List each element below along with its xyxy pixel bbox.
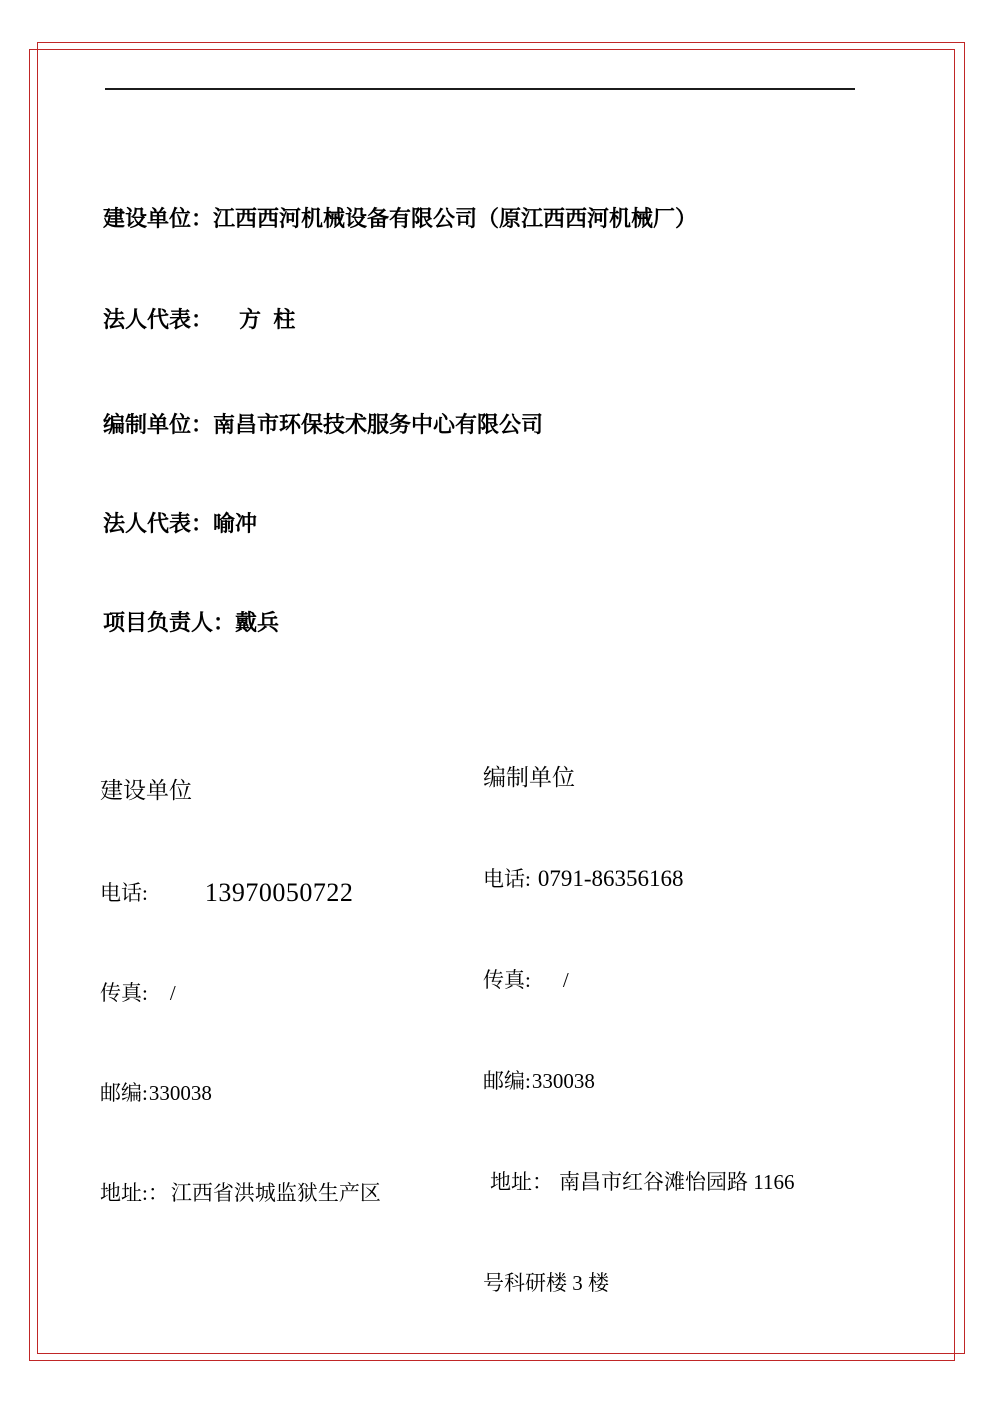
compiler-legal-rep-value: 喻冲 (213, 511, 257, 536)
right-address-label: 地址： (490, 1170, 553, 1194)
right-column-title: 编制单位 (483, 766, 863, 819)
left-address-row: 地址:：江西省洪城监狱生产区 (100, 1181, 470, 1233)
right-phone-row: 电话:0791-86356168 (483, 867, 863, 920)
legal-rep-line: 法人代表：方 柱 (103, 308, 697, 331)
compiler-unit-label: 编制单位： (103, 412, 213, 437)
legal-rep-label: 法人代表： (103, 307, 213, 332)
compiler-unit-value: 南昌市环保技术服务中心有限公司 (213, 412, 543, 437)
right-fax-value: / (563, 968, 569, 992)
left-address-value: 江西省洪城监狱生产区 (171, 1181, 381, 1205)
right-postcode-row: 邮编:330038 (483, 1069, 863, 1122)
left-fax-value: / (170, 981, 176, 1005)
left-fax-label: 传真: (100, 981, 148, 1005)
right-address-value: 南昌市红谷滩怡园路 1166 (559, 1170, 794, 1194)
right-address-wrap-value: 号科研楼 3 楼 (483, 1271, 609, 1295)
left-phone-row: 电话:13970050722 (100, 881, 470, 933)
compiler-unit-contact-column: 编制单位 电话:0791-86356168 传真:/ 邮编:330038 地址：… (483, 718, 863, 1372)
right-phone-value: 0791-86356168 (538, 867, 684, 891)
left-address-label: 地址:： (100, 1181, 169, 1205)
right-fax-label: 传真: (483, 968, 531, 992)
compiler-unit-line: 编制单位：南昌市环保技术服务中心有限公司 (103, 413, 543, 436)
compiler-legal-rep-line: 法人代表：喻冲 (103, 512, 543, 535)
left-postcode-row: 邮编:330038 (100, 1081, 470, 1133)
right-postcode-value: 330038 (532, 1069, 595, 1093)
right-phone-label: 电话: (483, 867, 531, 891)
legal-rep-value: 方 柱 (239, 307, 295, 332)
left-fax-row: 传真:/ (100, 981, 470, 1033)
compiler-legal-rep-label: 法人代表： (103, 511, 213, 536)
left-column-title: 建设单位 (100, 779, 470, 833)
document-page: 建设单位：江西西河机械设备有限公司（原江西西河机械厂） 法人代表：方 柱 编制单… (0, 0, 992, 1403)
left-phone-label: 电话: (100, 881, 148, 905)
top-horizontal-rule (105, 88, 855, 90)
project-leader-label: 项目负责人： (103, 610, 235, 635)
construction-unit-line: 建设单位：江西西河机械设备有限公司（原江西西河机械厂） (103, 207, 697, 230)
right-fax-row: 传真:/ (483, 968, 863, 1021)
right-postcode-label: 邮编: (483, 1069, 531, 1093)
construction-unit-value: 江西西河机械设备有限公司（原江西西河机械厂） (213, 206, 697, 231)
left-phone-value: 13970050722 (205, 881, 354, 905)
right-address-wrap-row: 号科研楼 3 楼 (483, 1271, 863, 1324)
left-postcode-value: 330038 (149, 1081, 212, 1105)
left-postcode-label: 邮编: (100, 1081, 148, 1105)
construction-unit-label: 建设单位： (103, 206, 213, 231)
project-leader-line: 项目负责人：戴兵 (103, 611, 543, 634)
right-address-row: 地址：南昌市红谷滩怡园路 1166 (483, 1170, 863, 1223)
project-leader-value: 戴兵 (235, 610, 279, 635)
compiler-unit-block: 编制单位：南昌市环保技术服务中心有限公司 法人代表：喻冲 项目负责人：戴兵 (103, 367, 543, 710)
construction-unit-contact-column: 建设单位 电话:13970050722 传真:/ 邮编:330038 地址:：江… (100, 731, 470, 1281)
